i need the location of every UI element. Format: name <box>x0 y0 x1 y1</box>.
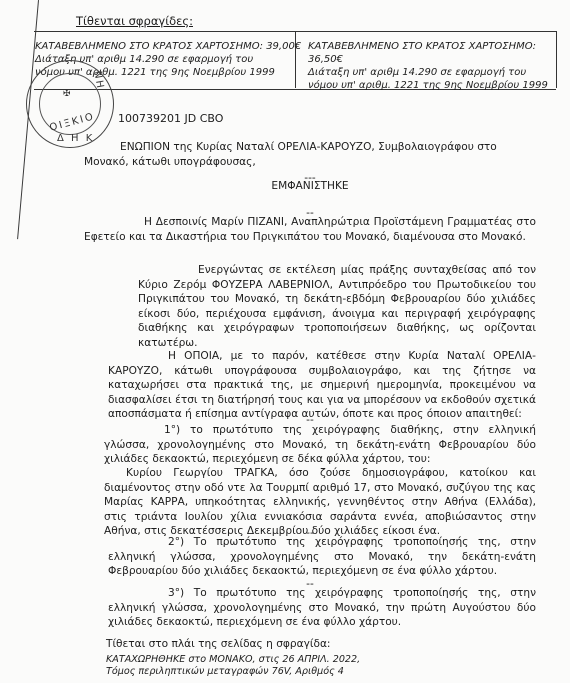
side-seal-note: Τίθεται στο πλάι της σελίδας η σφραγίδα: <box>106 637 536 652</box>
heading-appeared: ΕΜΦΑΝΙΣΤΗΚΕ <box>84 180 536 192</box>
stamp-right-line3: νόμου υπ' αριθμ. 1221 της 9ης Νοεμβρίου … <box>308 79 570 92</box>
registration: ΚΑΤΑΧΩΡΗΘΗΚΕ στο ΜΟΝΑΚΟ, στις 26 ΑΠΡΙΛ. … <box>106 654 536 678</box>
intro: ΕΝΩΠΙΟΝ της Κυρίας Ναταλί ΟΡΕΛΙΑ-ΚΑΡΟΥΖΟ… <box>84 140 536 169</box>
court-seal-icon: ΟΙΞΚΙΟ ΝΗ Δ Η Κ ✠ <box>26 60 114 148</box>
stamp-right-line2: Διάταξη υπ' αριθμ 14.290 σε εφαρμογή του <box>308 66 570 79</box>
intro-line1: ΕΝΩΠΙΟΝ της Κυρίας Ναταλί ΟΡΕΛΙΑ-ΚΑΡΟΥΖΟ… <box>84 140 536 155</box>
stamp-right: ΚΑΤΑΒΕΒΛΗΜΕΝΟ ΣΤΟ ΚΡΑΤΟΣ ΧΑΡΤΟΣΗΜΟ: 36,5… <box>308 40 570 92</box>
registration-line1: ΚΑΤΑΧΩΡΗΘΗΚΕ στο ΜΟΝΑΚΟ, στις 26 ΑΠΡΙΛ. … <box>106 654 536 666</box>
item-2: 2°) Το πρωτότυπο της χειρόγραφης τροποπο… <box>108 535 536 579</box>
document-page: Τίθενται σφραγίδες: ΚΑΤΑΒΕΒΛΗΜΕΝΟ ΣΤΟ ΚΡ… <box>0 0 570 683</box>
paragraph-which: Η ΟΠΟΙΑ, με το παρόν, κατέθεσε στην Κυρί… <box>108 349 536 422</box>
item-3: 3°) Το πρωτότυπο της χειρόγραφης τροποπο… <box>108 586 536 630</box>
registration-line2: Τόμος περιληπτικών μεταγραφών 76V, Αριθμ… <box>106 666 536 678</box>
stamps-title: Τίθενται σφραγίδες: <box>76 14 193 28</box>
paragraph-acting: Ενεργώντας σε εκτέλεση μίας πράξης συντα… <box>138 263 536 351</box>
paragraph-appeared: Η Δεσποινίς Μαρίν ΠΙΖΑΝΙ, Αναπληρώτρια Π… <box>84 215 536 244</box>
stamp-left-line1: ΚΑΤΑΒΕΒΛΗΜΕΝΟ ΣΤΟ ΚΡΑΤΟΣ ΧΑΡΤΟΣΗΜΟ: 39,0… <box>35 40 301 53</box>
item-1: 1°) το πρωτότυπο της χειρόγραφης διαθήκη… <box>104 423 536 467</box>
reference-number: 100739201 JD CBO <box>118 112 223 125</box>
intro-line2: Μονακό, κάτωθι υπογράφουσας, <box>84 155 536 170</box>
stamp-right-line1: ΚΑΤΑΒΕΒΛΗΜΕΝΟ ΣΤΟ ΚΡΑΤΟΣ ΧΑΡΤΟΣΗΜΟ: 36,5… <box>308 40 570 66</box>
